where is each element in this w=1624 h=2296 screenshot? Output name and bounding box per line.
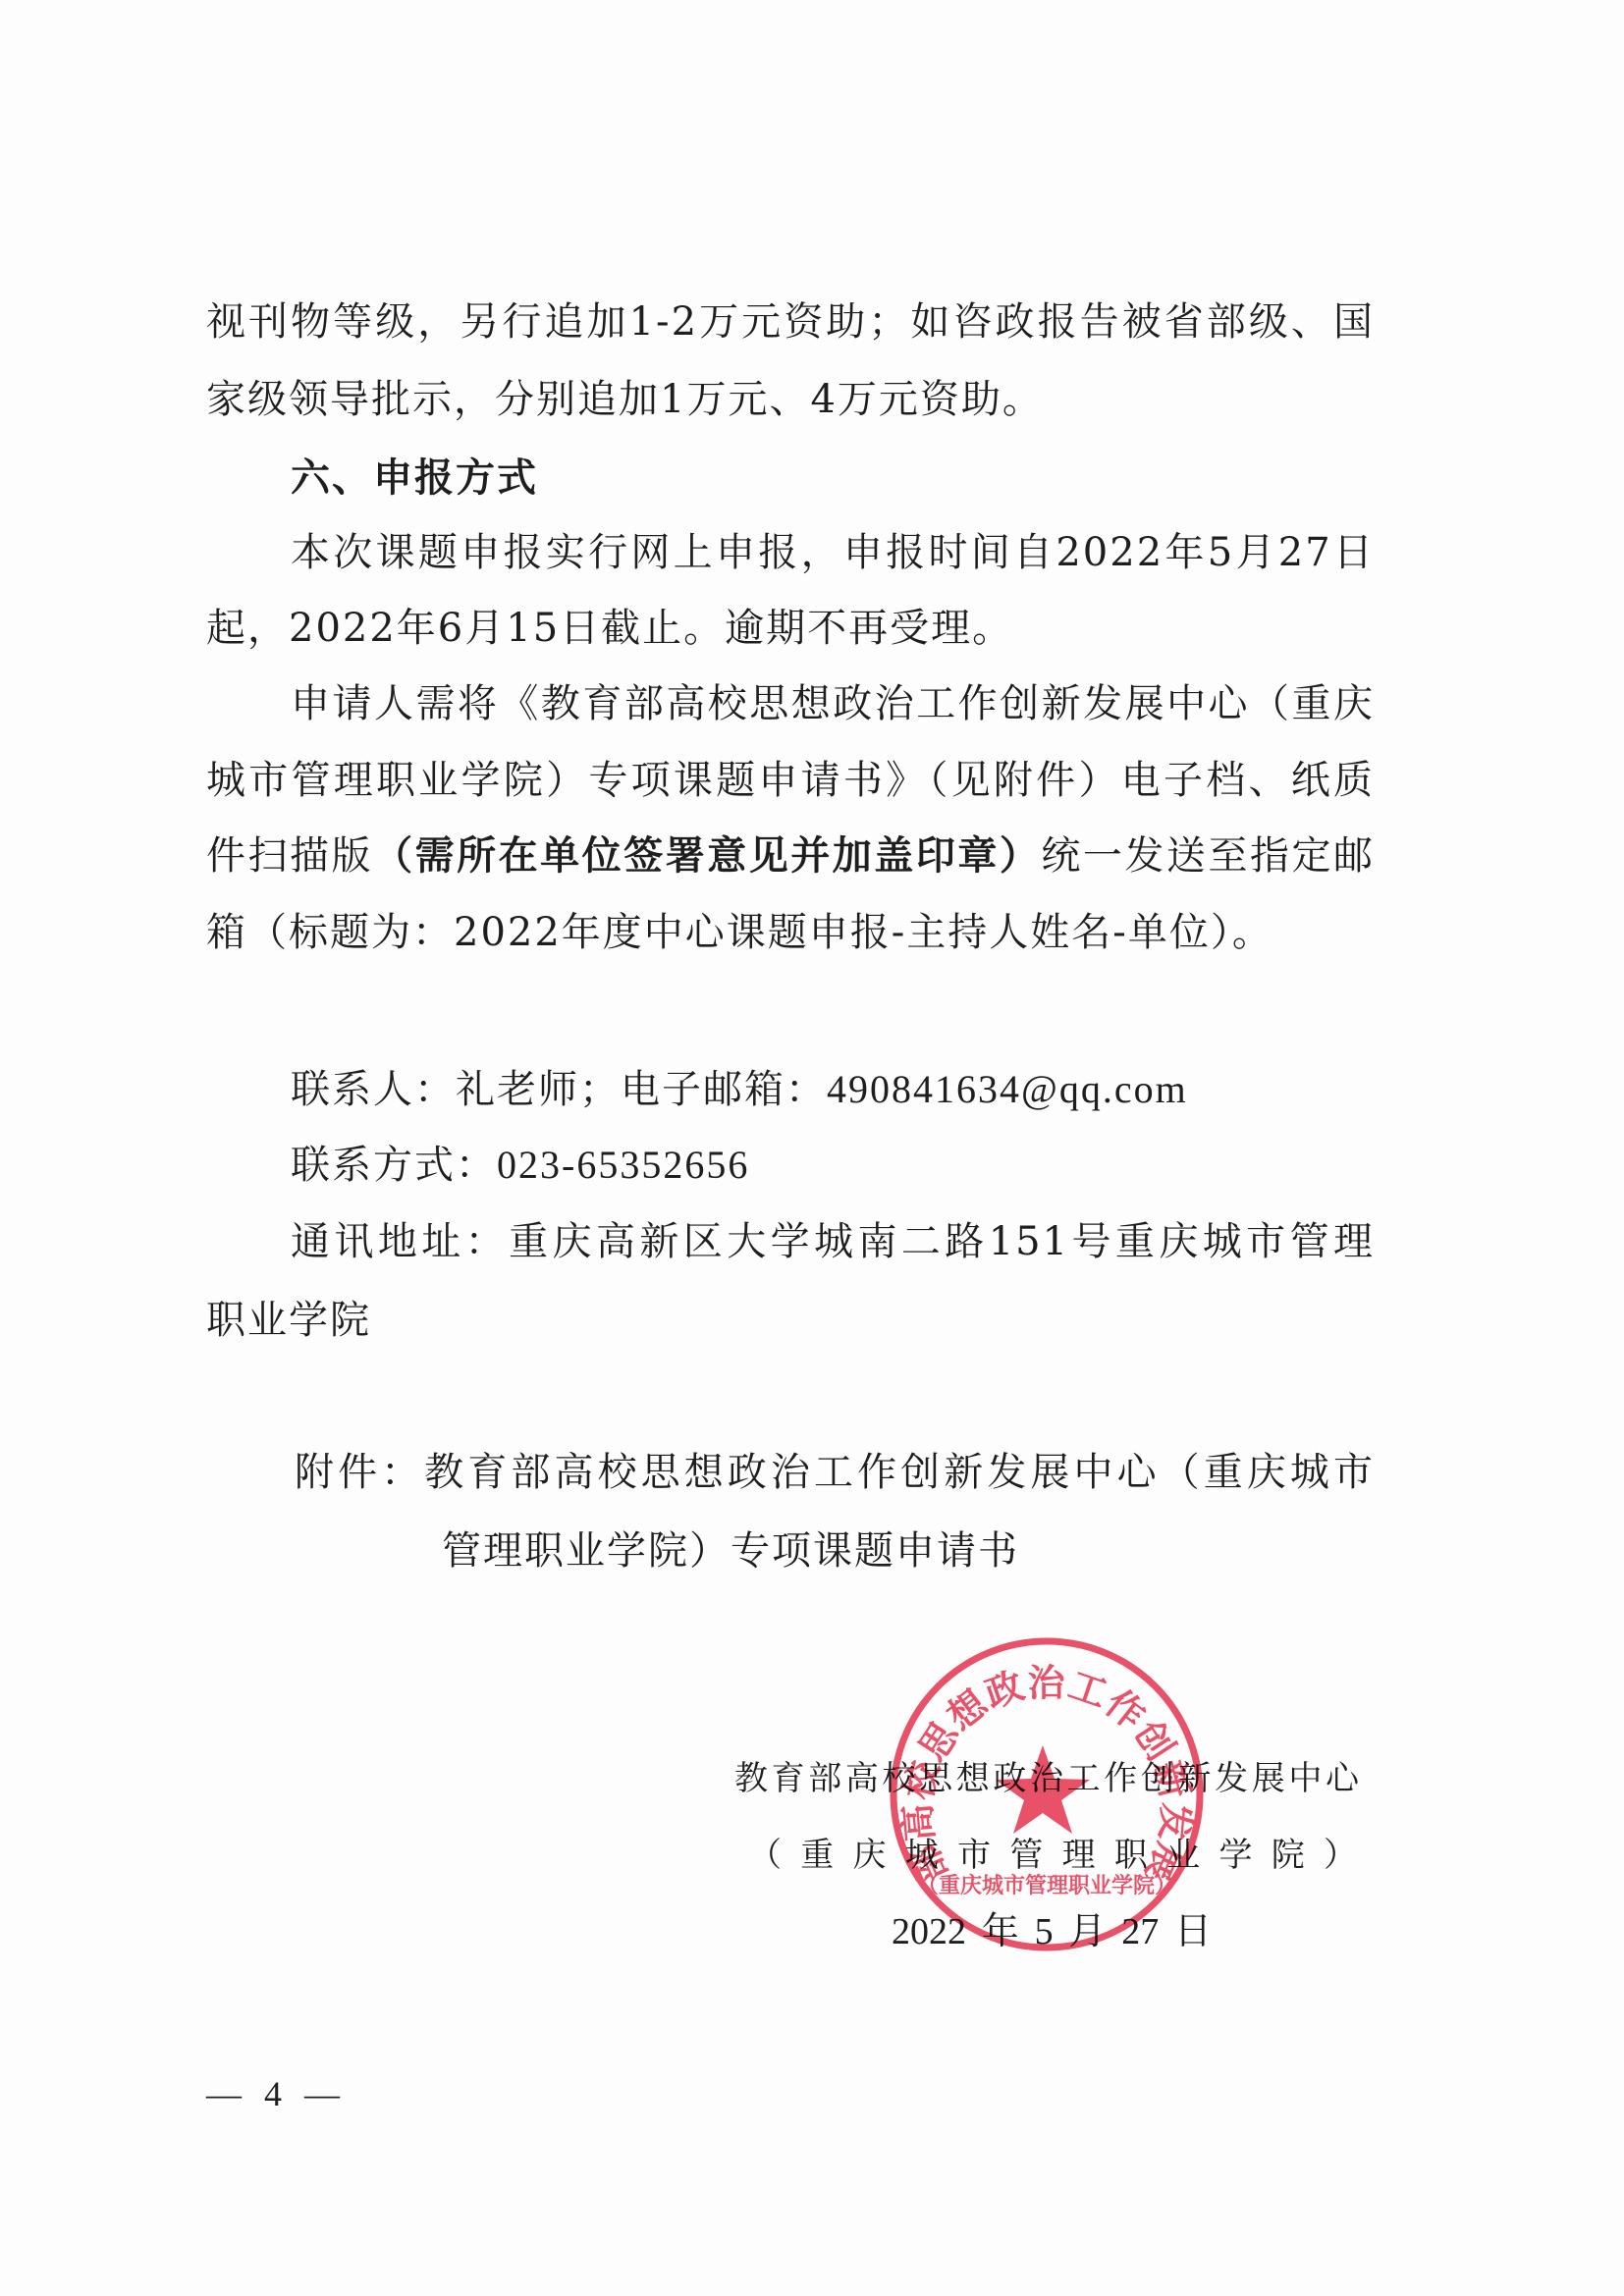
attachment-line-2[interactable]: 管理职业学院）专项课题申请书 (442, 1522, 1375, 1580)
contact-address-line-2: 职业学院 (206, 1291, 1375, 1350)
contact-email-link[interactable]: 490841634@qq.com (827, 1067, 1188, 1111)
paragraph-submission-line-2: 城市管理职业学院）专项课题申请书》（见附件）电子档、纸质 (206, 751, 1375, 810)
submission-requirement-bold: （需所在单位签署意见并加盖印章） (373, 833, 1041, 879)
contact-address-line-1: 通讯地址：重庆高新区大学城南二路151号重庆城市管理 (291, 1212, 1375, 1271)
submission-text-after: 统一发送至指定邮 (1041, 833, 1375, 879)
page-number: — 4 — (206, 2071, 340, 2116)
contact-phone-line: 联系方式：023-65352656 (291, 1136, 1375, 1195)
paragraph-submission-line-1: 申请人需将《教育部高校思想政治工作创新发展中心（重庆 (291, 674, 1375, 733)
contact-person-line: 联系人：礼老师；电子邮箱：490841634@qq.com (291, 1060, 1375, 1119)
signature-org-line-2: （重庆城市管理职业学院） (748, 1831, 1357, 1880)
paragraph-submission-line-4: 箱（标题为：2022年度中心课题申报-主持人姓名-单位）。 (206, 903, 1375, 962)
document-page: 视刊物等级，另行追加1-2万元资助；如咨政报告被省部级、国 家级领导批示，分别追… (0, 0, 1624, 2296)
contact-phone-label: 联系方式： (291, 1143, 497, 1188)
section-heading: 六、申报方式 (291, 449, 1375, 507)
attachment-title-part-1[interactable]: 教育部高校思想政治工作创新发展中心（重庆城市 (424, 1450, 1375, 1495)
attachment-label: 附件： (295, 1450, 424, 1495)
submission-text-before: 件扫描版 (206, 833, 373, 879)
paragraph-funding-line-1: 视刊物等级，另行追加1-2万元资助；如咨政报告被省部级、国 (206, 293, 1375, 351)
contact-person-label: 联系人： (291, 1067, 456, 1112)
contact-person-name: 礼老师 (456, 1067, 579, 1112)
attachment-line-1: 附件：教育部高校思想政治工作创新发展中心（重庆城市 (295, 1443, 1375, 1502)
contact-address-text: 重庆高新区大学城南二路151号重庆城市管理 (509, 1219, 1375, 1264)
contact-email-label: ；电子邮箱： (579, 1067, 827, 1112)
contact-address-label: 通讯地址： (291, 1219, 509, 1264)
signature-date: 2022年5月27日 (892, 1907, 1212, 1956)
signature-org-line-1: 教育部高校思想政治工作创新发展中心 (734, 1754, 1359, 1803)
contact-phone-number: 023-65352656 (497, 1143, 749, 1187)
paragraph-submission-line-3: 件扫描版（需所在单位签署意见并加盖印章）统一发送至指定邮 (206, 827, 1375, 885)
paragraph-schedule-line-1: 本次课题申报实行网上申报，申报时间自2022年5月27日 (291, 523, 1375, 582)
paragraph-schedule-line-2: 起，2022年6月15日截止。逾期不再受理。 (206, 599, 1375, 658)
paragraph-funding-line-2: 家级领导批示，分别追加1万元、4万元资助。 (206, 370, 1375, 429)
